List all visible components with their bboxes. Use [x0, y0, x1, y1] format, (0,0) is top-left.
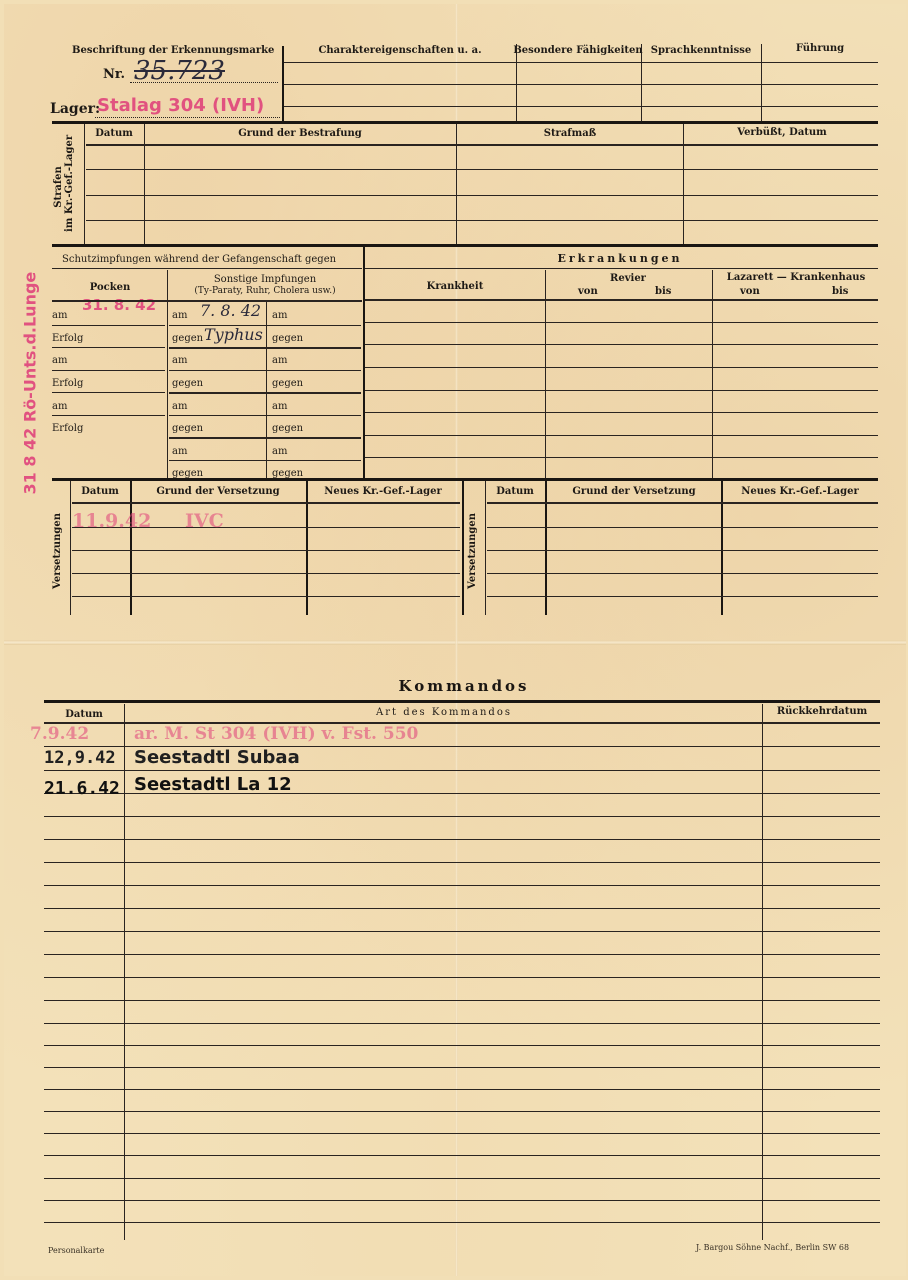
kommandos-title: Kommandos [398, 677, 529, 695]
section-rule [52, 121, 878, 124]
pocken-am-2: am [52, 355, 67, 366]
pocken-erfolg-1: Erfolg [52, 333, 83, 344]
row-line [284, 62, 878, 63]
kommando-date: 12,9.42 [44, 748, 116, 768]
punishments-side-label: Strafen im Kr.-Gef.-Lager [53, 142, 77, 232]
col-return-date: Rückkehrdatum [777, 706, 867, 717]
other-b-am-4: am [272, 446, 287, 457]
other-gegen-1: gegen [172, 333, 203, 344]
other-vacc-label: Sonstige Impfungen [214, 274, 316, 285]
row-line [365, 390, 878, 391]
col-divider [762, 704, 763, 1240]
col-divider [124, 704, 125, 1240]
col-transfer-reason: Grund der Versetzung [156, 486, 279, 497]
col-divider [641, 44, 642, 122]
other-am-4: am [172, 446, 187, 457]
side-label-line2: im Kr.-Gef.-Lager [64, 142, 75, 232]
other-am-1: am [172, 310, 187, 321]
pocken-stamp: 31. 8. 42 [82, 296, 156, 314]
col-divider [462, 481, 464, 615]
other-b-am-1: am [272, 310, 287, 321]
col-kommando-kind: Art des Kommandos [376, 707, 512, 718]
row-line [44, 954, 880, 955]
row-line [44, 885, 880, 886]
col-languages: Sprachkenntnisse [651, 45, 751, 56]
other-b-am-3: am [272, 401, 287, 412]
col-divider [456, 124, 457, 245]
col-penalty: Strafmaß [544, 128, 597, 139]
row-line [52, 347, 165, 348]
lager-label: Lager: [50, 101, 100, 117]
row-line [52, 325, 165, 326]
kommando-kind: ar. M. St 304 (IVH) v. Fst. 550 [134, 724, 418, 744]
section-divider [363, 246, 365, 478]
col-conduct: Führung [796, 43, 844, 54]
col-illness: Krankheit [427, 281, 484, 292]
row-line [44, 1178, 880, 1179]
col-abilities: Besondere Fähigkeiten [513, 45, 642, 56]
row-line [44, 1067, 880, 1068]
row-line [44, 816, 880, 817]
row-line [487, 550, 878, 551]
row-line [44, 862, 880, 863]
pocken-am-3: am [52, 401, 67, 412]
other-b-gegen-1: gegen [272, 333, 303, 344]
row-line [44, 1023, 880, 1024]
row-line [44, 1111, 880, 1112]
header-rule [52, 268, 362, 269]
row-line [44, 1133, 880, 1134]
row-line [44, 1089, 880, 1090]
col-character: Charaktereigenschaften u. a. [318, 45, 481, 56]
row-line [44, 931, 880, 932]
lager-line [95, 117, 280, 118]
other-gegen-2: gegen [172, 378, 203, 389]
col-divider [84, 124, 85, 245]
hospital-to: bis [832, 286, 848, 297]
col-divider [712, 270, 713, 478]
section-rule [44, 700, 880, 703]
row-line [284, 106, 878, 107]
col-reason: Grund der Bestrafung [238, 128, 362, 139]
other-b-am-2: am [272, 355, 287, 366]
nr-label: Nr. [103, 67, 125, 82]
row-line [487, 573, 878, 574]
vaccinations-title: Schutzimpfungen während der Gefangenscha… [62, 254, 336, 265]
row-line [169, 392, 361, 394]
row-line [169, 347, 361, 349]
illnesses-title: Erkrankungen [557, 252, 682, 265]
other-gegen-3: gegen [172, 423, 203, 434]
col-transfer-date: Datum [81, 486, 119, 497]
other-vacc-sub: (Ty-Paraty, Ruhr, Cholera usw.) [194, 286, 335, 296]
row-line [72, 596, 460, 597]
col-kommando-date: Datum [65, 709, 103, 720]
row-line [52, 415, 165, 416]
form-name: Personalkarte [48, 1246, 104, 1255]
row-line [44, 908, 880, 909]
row-line [169, 370, 361, 371]
row-line [169, 460, 361, 461]
other-b-gegen-3: gegen [272, 423, 303, 434]
row-line [44, 770, 880, 771]
row-line [365, 457, 878, 458]
row-line [44, 977, 880, 978]
other-am-3: am [172, 401, 187, 412]
col-revier: Revier [610, 273, 646, 284]
kommando-date: 7.9.42 [30, 724, 89, 744]
row-line [86, 195, 878, 196]
transfer-camp-stamp: IVC [185, 510, 224, 532]
kommando-kind: Seestadtl Subaa [134, 747, 300, 768]
row-line [72, 573, 460, 574]
vacc-against-entry: Typhus [204, 325, 263, 344]
pocken-label: Pocken [90, 282, 131, 293]
row-line [365, 435, 878, 436]
row-line [487, 596, 878, 597]
pocken-erfolg-2: Erfolg [52, 378, 83, 389]
col-transfer-camp: Neues Kr.-Gef.-Lager [324, 486, 442, 497]
kommando-kind: Seestadtl La 12 [134, 774, 292, 795]
row-line [52, 392, 165, 393]
header-rule [365, 299, 878, 301]
row-line [365, 322, 878, 323]
section-rule [52, 478, 878, 481]
row-line [44, 1000, 880, 1001]
col-divider [683, 124, 684, 245]
transfer-date-stamp: 11.9.42 [72, 510, 151, 532]
row-line [284, 84, 878, 85]
row-line [169, 437, 361, 439]
pocken-am-1: am [52, 310, 67, 321]
side-label-line1: Strafen [53, 142, 64, 232]
col-divider [545, 270, 546, 478]
row-line [44, 1222, 880, 1223]
row-line [86, 169, 878, 170]
col-divider [144, 124, 145, 245]
row-line [365, 344, 878, 345]
col-divider [70, 481, 71, 615]
other-am-2: am [172, 355, 187, 366]
col-transfer-date-2: Datum [496, 486, 534, 497]
col-transfer-reason-2: Grund der Versetzung [572, 486, 695, 497]
col-divider [761, 44, 762, 122]
header-rule [487, 502, 878, 504]
row-line [169, 415, 361, 416]
col-hospital: Lazarett — Krankenhaus [727, 272, 865, 283]
header-rule [365, 268, 878, 269]
kommando-date: 21.6.42 [44, 778, 120, 799]
row-line [44, 1045, 880, 1046]
row-line [44, 839, 880, 840]
revier-from: von [578, 286, 598, 297]
col-date: Datum [95, 128, 133, 139]
other-b-gegen-2: gegen [272, 378, 303, 389]
col-transfer-camp-2: Neues Kr.-Gef.-Lager [741, 486, 859, 497]
pocken-erfolg-3: Erfolg [52, 423, 83, 434]
section-rule [52, 244, 878, 247]
nr-line [130, 82, 278, 83]
col-divider [485, 481, 486, 615]
header-rule [72, 502, 460, 504]
row-line [365, 367, 878, 368]
transfers-side-label-left: Versetzungen [52, 511, 64, 591]
row-line [365, 412, 878, 413]
row-line [44, 1200, 880, 1201]
col-divider [266, 302, 267, 478]
vacc-date-entry: 7. 8. 42 [200, 301, 261, 320]
printer-imprint: J. Bargou Söhne Nachf., Berlin SW 68 [696, 1243, 849, 1252]
revier-to: bis [655, 286, 671, 297]
header-rule [86, 144, 878, 146]
lager-stamp: Stalag 304 (IVH) [97, 95, 264, 116]
tag-label: Beschriftung der Erkennungsmarke [72, 45, 274, 56]
row-line [44, 1155, 880, 1156]
row-line [72, 550, 460, 551]
transfers-side-label-right: Versetzungen [467, 511, 479, 591]
row-line [169, 325, 361, 326]
row-line [487, 527, 878, 528]
hospital-from: von [740, 286, 760, 297]
col-served: Verbüßt, Datum [737, 127, 827, 138]
row-line [86, 220, 878, 221]
xray-stamp: 31 8 42 Rö-Unts.d.Lunge [21, 315, 40, 495]
row-line [52, 370, 165, 371]
